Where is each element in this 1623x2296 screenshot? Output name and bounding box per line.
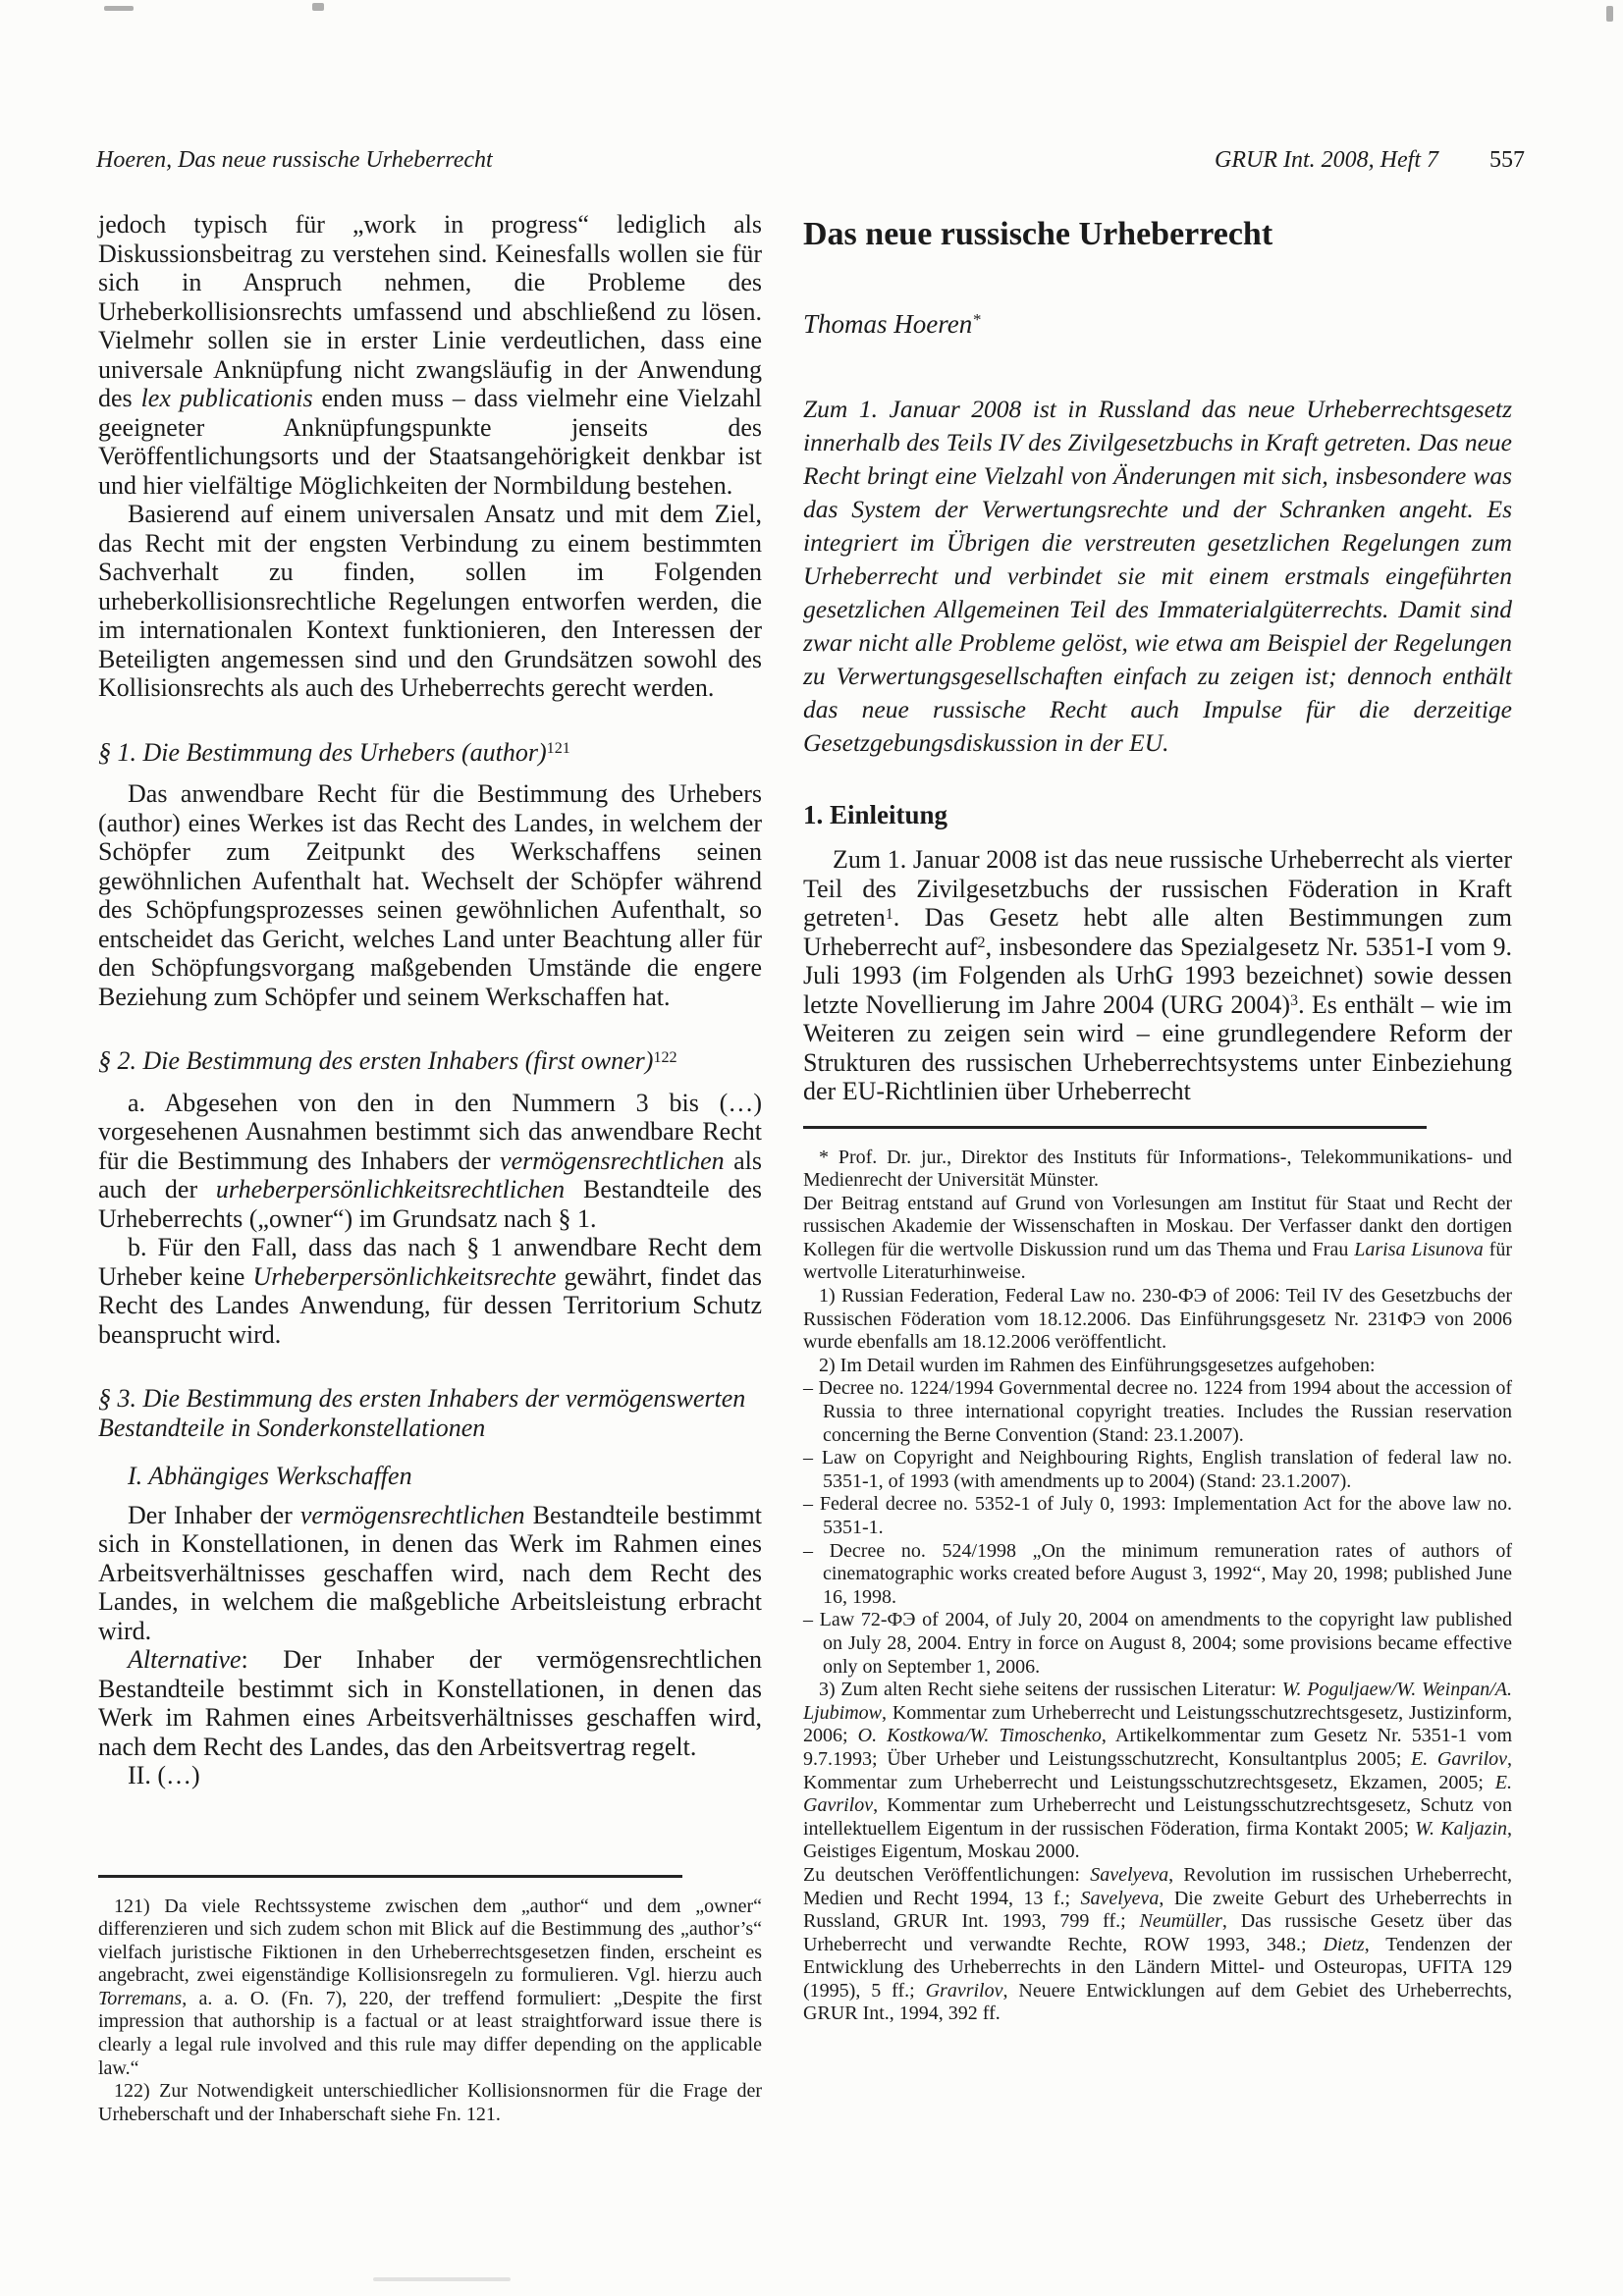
footnote-separator [98,1875,682,1878]
section-heading-einleitung: 1. Einleitung [803,801,1512,830]
footnote-separator [803,1126,1427,1129]
paragraph-continuation: jedoch typisch für „work in progress“ le… [98,210,762,500]
footnote-2-item: – Federal decree no. 5352-1 of July 0, 1… [803,1493,1512,1539]
section-heading-par-1: § 1. Die Bestimmung des Urhebers (author… [98,738,762,768]
footnote-2-item: – Decree no. 1224/1994 Governmental decr… [803,1377,1512,1447]
subsection-heading-roman-2: II. (…) [98,1761,762,1790]
footnote-2-item: – Decree no. 524/1998 „On the minimum re… [803,1540,1512,1610]
footnote-2: 2) Im Detail wurden im Rahmen des Einfüh… [803,1355,1512,1378]
footnote-121: 121) Da viele Rechtssysteme zwischen dem… [98,1896,762,2081]
subsection-heading-roman-1: I. Abhängiges Werkschaffen [98,1462,762,1491]
running-head-article: Hoeren, Das neue russische Urheberrecht [96,147,493,174]
left-column: jedoch typisch für „work in progress“ le… [98,210,762,2126]
page-number: 557 [1489,147,1525,174]
footnote-star-continued: Der Beitrag entstand auf Grund von Vorle… [803,1193,1512,1285]
footnote-2-item: – Law 72-ФЭ of 2004, of July 20, 2004 on… [803,1609,1512,1679]
scan-artifact [1606,6,1613,22]
paragraph-b: b. Für den Fall, dass das nach § 1 anwen… [98,1233,762,1349]
running-head-journal: GRUR Int. 2008, Heft 7 [1215,147,1438,174]
paragraph: Basierend auf einem universalen Ansatz u… [98,500,762,703]
paragraph-a: a. Abgesehen von den in den Nummern 3 bi… [98,1089,762,1234]
abstract: Zum 1. Januar 2008 ist in Russland das n… [803,393,1512,760]
article-author: Thomas Hoeren* [803,310,1512,340]
paragraph: Das anwendbare Recht für die Bestimmung … [98,779,762,1011]
section-heading-par-2: § 2. Die Bestimmung des ersten Inhabers … [98,1046,762,1076]
right-column: Das neue russische UrheberrechtThomas Ho… [803,210,1512,2126]
paragraph: Zum 1. Januar 2008 ist das neue russisch… [803,845,1512,1106]
footnote-3: 3) Zum alten Recht siehe seitens der rus… [803,1679,1512,1864]
footnote-2-item: – Law on Copyright and Neighbouring Righ… [803,1447,1512,1493]
footnote-star: * Prof. Dr. jur., Direktor des Instituts… [803,1147,1512,1193]
two-column-body: jedoch typisch für „work in progress“ le… [98,210,1512,2126]
scan-artifact [312,3,324,11]
running-head-right: GRUR Int. 2008, Heft 7 557 [1215,147,1525,174]
footnote-1: 1) Russian Federation, Federal Law no. 2… [803,1285,1512,1355]
paragraph: Der Inhaber der vermögensrechtlichen Bes… [98,1501,762,1646]
paragraph-alternative: Alternative: Der Inhaber der vermögensre… [98,1645,762,1761]
journal-page: Hoeren, Das neue russische Urheberrecht … [0,0,1623,2296]
scan-artifact [104,6,134,11]
section-heading-par-3: § 3. Die Bestimmung des ersten Inhabers … [98,1384,762,1442]
article-title: Das neue russische Urheberrecht [803,214,1512,255]
footnote-122: 122) Zur Notwendigkeit unterschiedlicher… [98,2080,762,2126]
footnote-3-continued: Zu deutschen Veröffentlichungen: Savelye… [803,1864,1512,2026]
running-head: Hoeren, Das neue russische Urheberrecht … [96,147,1525,174]
scan-artifact [373,2277,511,2281]
